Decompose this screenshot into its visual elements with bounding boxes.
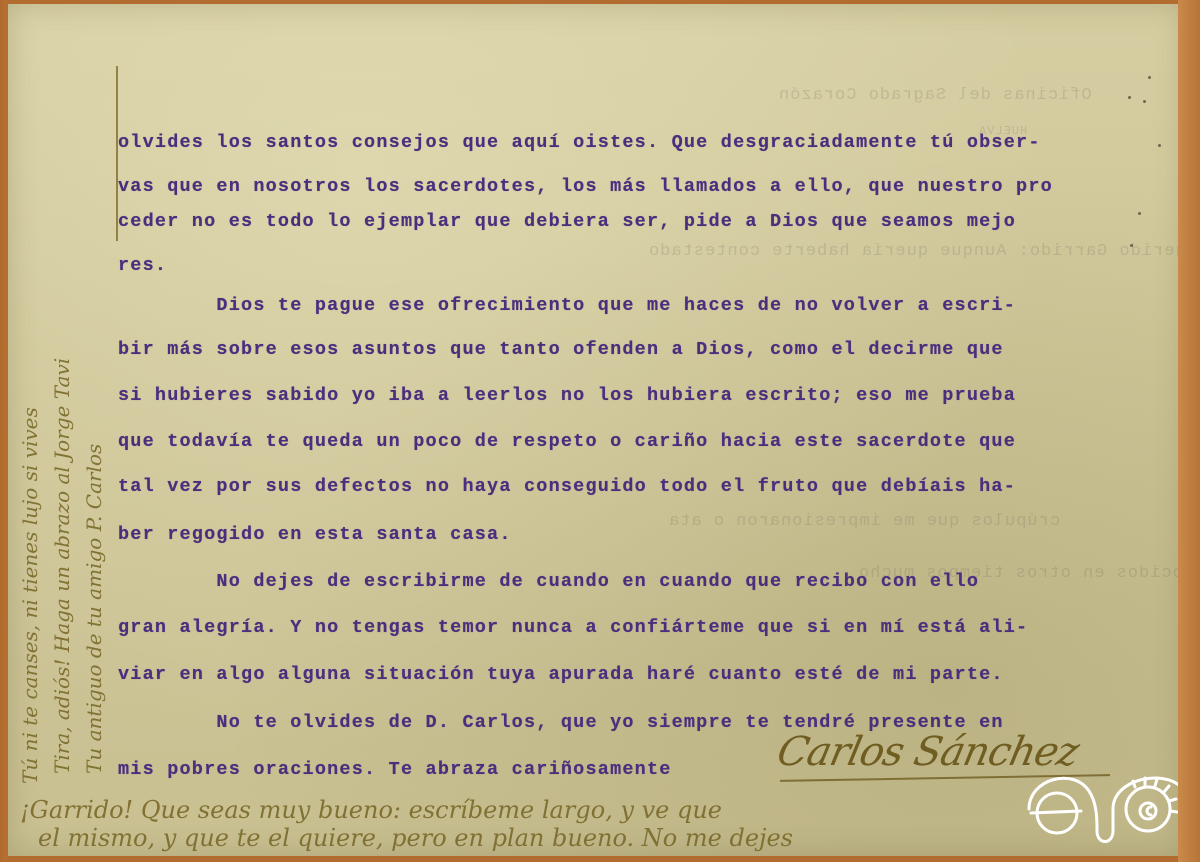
typed-line: Dios te pague ese ofrecimiento que me ha… [118,295,1016,316]
archive-watermark-logo-icon [1023,769,1193,849]
typed-line: que todavía te queda un poco de respeto … [118,431,1016,452]
paper-speck [1130,244,1133,247]
handwritten-margin-note: Tu antiguo de tu amigo P. Carlos [82,444,106,774]
typed-line: tal vez por sus defectos no haya consegu… [118,476,1016,497]
paper-speck [1143,100,1146,103]
typed-line: vas que en nosotros los sacerdotes, los … [118,176,1053,197]
scan-edge [1178,0,1200,862]
typed-line: bir más sobre esos asuntos que tanto ofe… [118,339,1004,360]
paper-speck [1138,212,1141,215]
paper-speck [1158,144,1161,147]
typed-line: res. [118,255,167,276]
letter-paper: Oficinas del Sagrado Corazón HUELVA Quer… [8,4,1184,856]
typed-line: si hubieres sabido yo iba a leerlos no l… [118,385,1016,406]
typed-line: ceder no es todo lo ejemplar que debiera… [118,211,1016,232]
bleed-through-line: crúpulos que me impresionaron o ata [668,512,1060,531]
bleed-through-letterhead: Oficinas del Sagrado Corazón [778,86,1092,105]
typed-line: ber regogido en esta santa casa. [118,524,512,545]
paper-speck [1148,76,1151,79]
handwritten-margin-note: Tira, adiós! Haga un abrazo al Jorge Tav… [50,358,74,774]
bleed-through-salutation: Querido Garrido: Aunque quería haberte c… [648,242,1197,261]
typed-line: No dejes de escribirme de cuando en cuan… [118,571,979,592]
typed-line: mis pobres oraciones. Te abraza cariñosa… [118,759,672,780]
handwritten-postscript-line: ¡Garrido! Que seas muy bueno: escríbeme … [20,796,722,824]
typed-line: viar en algo alguna situación tuya apura… [118,664,1004,685]
document-scan: Oficinas del Sagrado Corazón HUELVA Quer… [0,0,1200,862]
typed-line: olvides los santos consejos que aquí ois… [118,132,1041,153]
typed-line: gran alegría. Y no tengas temor nunca a … [118,617,1028,638]
paper-speck [1128,96,1131,99]
handwritten-margin-note: Tú ni te canses, ni tienes lujo si vives [18,407,42,784]
handwritten-postscript-line: el mismo, y que te el quiere, pero en pl… [38,824,793,852]
